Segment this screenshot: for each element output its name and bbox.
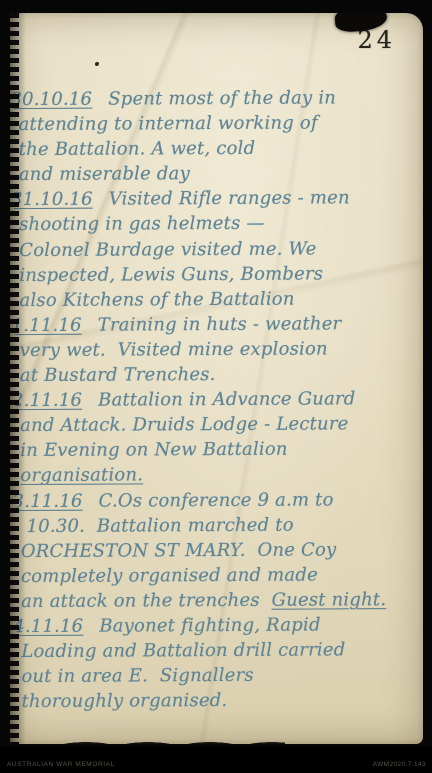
diary-line: Loading and Battalion drill carried <box>16 637 422 664</box>
entry-text: attending to internal working of <box>19 113 318 136</box>
entry-date: 4.11.16 <box>16 614 83 639</box>
diary-line: 30.10.16Spent most of the day in <box>13 85 419 112</box>
handwritten-entries: 30.10.16Spent most of the day inattendin… <box>13 85 422 714</box>
entry-text: 10.30. Battalion marched to <box>21 514 294 536</box>
diary-line: thoroughly organised. <box>17 687 423 714</box>
diary-page: 24 30.10.16Spent most of the day inatten… <box>10 13 423 744</box>
diary-line: 10.30. Battalion marched to <box>16 512 422 539</box>
diary-line: very wet. Visited mine explosion <box>15 336 421 363</box>
entry-text: in Evening on New Battalion <box>20 439 288 461</box>
entry-text: Bayonet fighting, Rapid <box>99 614 320 636</box>
spine-shadow <box>10 13 26 744</box>
entry-text: Training in huts - weather <box>98 313 342 335</box>
reference-number: AWM2020.7.143 <box>373 761 426 768</box>
entry-text: Colonel Burdage visited me. We <box>19 238 317 261</box>
diary-line: 3.11.16C.Os conference 9 a.m to <box>15 486 421 513</box>
ink-speck <box>95 62 99 66</box>
diary-line: attending to internal working of <box>13 110 419 137</box>
torn-bottom-edge <box>55 738 285 744</box>
diary-line: shooting in gas helmets — <box>14 210 420 237</box>
diary-line: at Bustard Trenches. <box>15 361 421 388</box>
diary-line: an attack on the trenches Guest night. <box>16 587 422 614</box>
diary-line: 31.10.16Visited Rifle ranges - men <box>14 185 420 212</box>
entry-text: Battalion in Advance Guard <box>98 388 356 410</box>
diary-line: organisation. <box>15 461 421 488</box>
entry-text: shooting in gas helmets — <box>19 213 265 235</box>
entry-text: very wet. Visited mine explosion <box>20 338 328 361</box>
entry-text: C.Os conference 9 a.m to <box>99 489 334 511</box>
diary-line: Colonel Burdage visited me. We <box>14 236 420 263</box>
entry-text: at Bustard Trenches. <box>20 364 216 386</box>
institution-label: AUSTRALIAN WAR MEMORIAL <box>7 761 115 768</box>
entry-text: an attack on the trenches <box>21 590 272 612</box>
diary-line: 2.11.16Battalion in Advance Guard <box>15 386 421 413</box>
entry-text: Spent most of the day in <box>108 87 336 109</box>
diary-line: 1.11.16Training in huts - weather <box>15 311 421 338</box>
entry-text: inspected, Lewis Guns, Bombers <box>19 263 323 286</box>
diary-line: inspected, Lewis Guns, Bombers <box>14 261 420 288</box>
entry-text: and Attack. Druids Lodge - Lecture <box>20 414 348 437</box>
diary-line: ORCHESTON ST MARY. One Coy <box>16 537 422 564</box>
entry-text: out in area E. Signallers <box>21 665 253 687</box>
entry-text-underlined: Guest night. <box>272 589 387 611</box>
diary-line: 4.11.16Bayonet fighting, Rapid <box>16 612 422 639</box>
entry-text: thoroughly organised. <box>22 690 228 712</box>
diary-line: and miserable day <box>14 160 420 187</box>
diary-line: out in area E. Signallers <box>16 662 422 689</box>
archive-footer: AUSTRALIAN WAR MEMORIAL AWM2020.7.143 <box>0 747 432 773</box>
entry-text: Loading and Battalion drill carried <box>21 639 345 662</box>
entry-text: completely organised and made <box>21 564 318 587</box>
diary-line: also Kitchens of the Battalion <box>14 286 420 313</box>
diary-line: the Battalion. A wet, cold <box>14 135 420 162</box>
entry-text: the Battalion. A wet, cold <box>19 138 256 160</box>
diary-line: in Evening on New Battalion <box>15 436 421 463</box>
entry-text: and miserable day <box>19 163 190 185</box>
entry-text: ORCHESTON ST MARY. One Coy <box>21 539 337 562</box>
entry-text-underlined: organisation. <box>20 465 143 487</box>
entry-text: Visited Rifle ranges - men <box>109 188 350 210</box>
diary-line: completely organised and made <box>16 562 422 589</box>
diary-line: and Attack. Druids Lodge - Lecture <box>15 411 421 438</box>
entry-text: also Kitchens of the Battalion <box>19 288 294 310</box>
